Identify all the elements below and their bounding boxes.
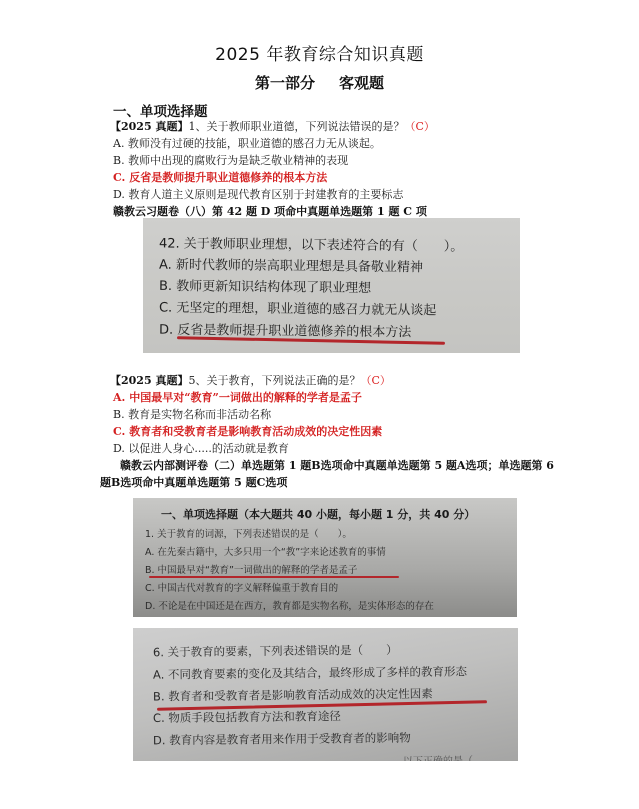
part-heading: 第一部分客观题 [0, 72, 639, 93]
question-5-stem: 【2025 真题】5、关于教育，下列说法正确的是？（C） [110, 372, 554, 389]
photo-line: A. 不同教育要素的变化及其结合，最终形成了多样的教育形态 [153, 663, 467, 682]
question-5: 【2025 真题】5、关于教育，下列说法正确的是？（C） A. 中国最早对“教育… [110, 372, 554, 474]
question-1-stem: 【2025 真题】1、关于教师职业道德，下列说法错误的是？（C） [110, 118, 435, 135]
question-text: 1、关于教师职业道德，下列说法错误的是？ [188, 120, 404, 133]
option-d: D. 教育人道主义原则是现代教育区别于封建教育的主要标志 [110, 186, 435, 203]
option-c-highlighted: C. 教育者和受教育者是影响教育活动成效的决定性因素 [110, 423, 554, 440]
photo-cutoff-line: 以下正确的是（ [403, 752, 473, 761]
section-heading: 一、单项选择题 [113, 100, 208, 120]
source-note-line-2: 题B选项命中真题单选题第 5 题C选项 [100, 474, 287, 491]
answer-key: （C） [404, 120, 434, 133]
photo-line: C. 物质手段包括教育方法和教育途径 [153, 708, 341, 726]
photo-line: B. 教师更新知识结构体现了职业理想 [159, 275, 371, 296]
option-b: B. 教师中出现的腐败行为是缺乏敬业精神的表现 [110, 152, 435, 169]
photo-line: C. 无坚定的理想，职业道德的感召力就无从谈起 [159, 297, 437, 319]
photo-line: A. 新时代教师的崇高职业理想是具备敬业精神 [159, 254, 423, 276]
photo-line: D. 不论是在中国还是在西方，教育都是实物名称，是实体形态的存在 [145, 598, 434, 612]
question-tag: 【2025 真题】 [110, 120, 188, 133]
part-name: 客观题 [339, 74, 384, 92]
option-a-highlighted: A. 中国最早对“教育”一词做出的解释的学者是孟子 [110, 389, 554, 406]
question-1: 【2025 真题】1、关于教师职业道德，下列说法错误的是？（C） A. 教师没有… [110, 118, 435, 220]
exam-photo-3: 6. 关于教育的要素，下列表述错误的是（ ） A. 不同教育要素的变化及其结合，… [133, 628, 518, 761]
exam-photo-1: 42. 关于教师职业理想，以下表述符合的有（ ）。 A. 新时代教师的崇高职业理… [143, 218, 520, 353]
option-d: D. 以促进人身心.....的活动就是教育 [110, 440, 554, 457]
photo-line: A. 在先秦古籍中，大多只用一个“教”字来论述教育的事情 [145, 544, 386, 558]
photo-line-underlined: B. 中国最早对“教育”一词做出的解释的学者是孟子 [145, 562, 357, 576]
document-title: 2025 年教育综合知识真题 [0, 40, 639, 65]
photo-line: C. 中国古代对教育的字义解释偏重于教育目的 [145, 580, 338, 594]
option-a: A. 教师没有过硬的技能，职业道德的感召力无从谈起。 [110, 135, 435, 152]
option-b: B. 教育是实物名称而非活动名称 [110, 406, 554, 423]
photo-line: 42. 关于教师职业理想，以下表述符合的有（ ）。 [159, 232, 463, 254]
photo-line: D. 教育内容是教育者用来作用于受教育者的影响物 [153, 730, 411, 749]
source-note-line-1: 赣教云内部测评卷（二）单选题第 1 题B选项命中真题单选题第 5 题A选项；单选… [110, 457, 554, 474]
option-c-highlighted: C. 反省是教师提升职业道德修养的根本方法 [110, 169, 435, 186]
photo-heading: 一、单项选择题（本大题共 40 小题，每小题 1 分，共 40 分） [161, 506, 475, 522]
part-label: 第一部分 [255, 74, 315, 92]
answer-key: （C） [360, 374, 390, 387]
question-tag: 【2025 真题】 [110, 374, 188, 387]
exam-photo-2: 一、单项选择题（本大题共 40 小题，每小题 1 分，共 40 分） 1. 关于… [133, 498, 517, 617]
question-text: 5、关于教育，下列说法正确的是？ [188, 374, 360, 387]
photo-line: 1. 关于教育的词源，下列表述错误的是（ ）。 [145, 526, 352, 540]
photo-line: 6. 关于教育的要素，下列表述错误的是（ ） [153, 642, 398, 661]
red-underline [149, 576, 399, 578]
